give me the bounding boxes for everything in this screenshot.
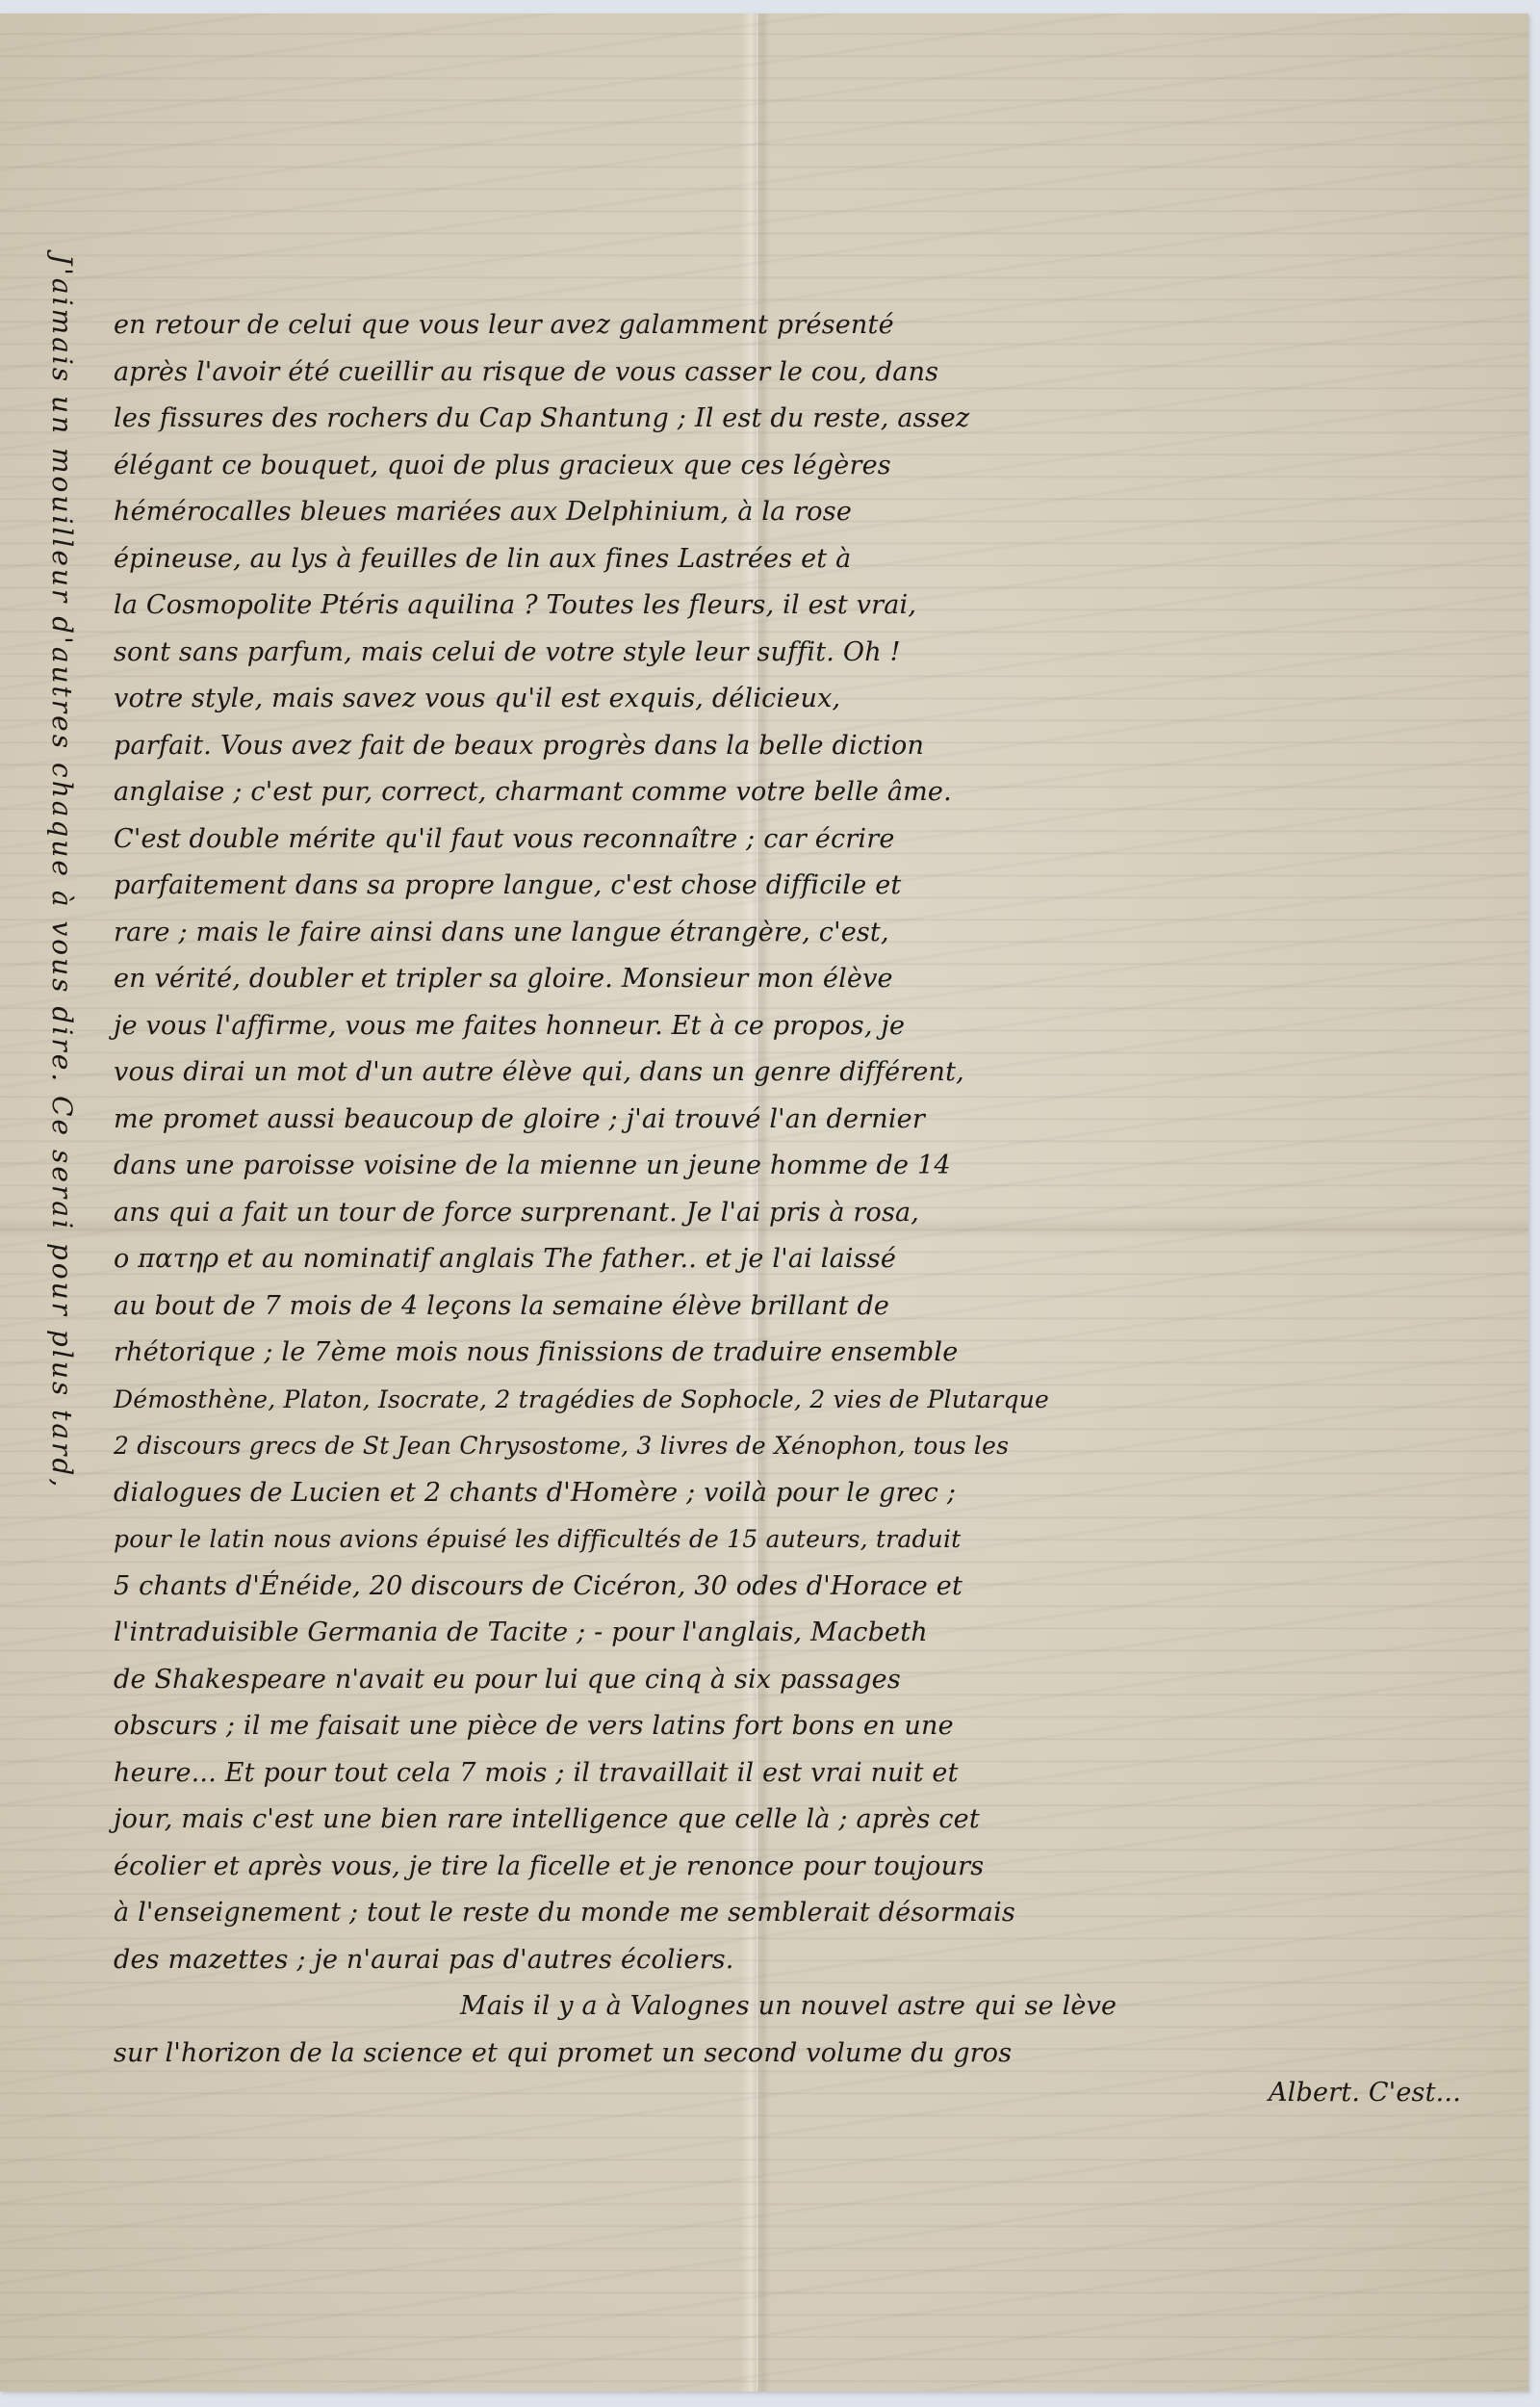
letter-signoff: Albert. C'est...	[114, 2077, 1500, 2109]
letter-line: C'est double mérite qu'il faut vous reco…	[114, 816, 1500, 864]
letter-line: me promet aussi beaucoup de gloire ; j'a…	[114, 1097, 1500, 1144]
letter-line: des mazettes ; je n'aurai pas d'autres é…	[114, 1937, 1500, 1984]
letter-line: élégant ce bouquet, quoi de plus gracieu…	[114, 443, 1500, 490]
letter-line: parfait. Vous avez fait de beaux progrès…	[114, 723, 1500, 770]
letter-line: dans une paroisse voisine de la mienne u…	[114, 1143, 1500, 1190]
letter-line: à l'enseignement ; tout le reste du mond…	[114, 1890, 1500, 1937]
letter-line: épineuse, au lys à feuilles de lin aux f…	[114, 536, 1500, 583]
letter-line: après l'avoir été cueillir au risque de …	[114, 349, 1500, 397]
letter-line: heure... Et pour tout cela 7 mois ; il t…	[114, 1750, 1500, 1798]
letter-line: écolier et après vous, je tire la ficell…	[114, 1844, 1500, 1891]
letter-line: sont sans parfum, mais celui de votre st…	[114, 630, 1500, 677]
letter-line: la Cosmopolite Ptéris aquilina ? Toutes …	[114, 582, 1500, 630]
letter-line: l'intraduisible Germania de Tacite ; - p…	[114, 1610, 1500, 1657]
letter-line: ans qui a fait un tour de force surprena…	[114, 1190, 1500, 1237]
letter-line: jour, mais c'est une bien rare intellige…	[114, 1797, 1500, 1844]
letter-line: rare ; mais le faire ainsi dans une lang…	[114, 910, 1500, 957]
letter-line: anglaise ; c'est pur, correct, charmant …	[114, 769, 1500, 816]
letter-line: Mais il y a à Valognes un nouvel astre q…	[114, 1983, 1500, 2031]
letter-line: dialogues de Lucien et 2 chants d'Homère…	[114, 1470, 1500, 1517]
letter-page: J'aimais un mouilleur d'autres chaque à …	[0, 13, 1528, 2392]
letter-line: obscurs ; il me faisait une pièce de ver…	[114, 1703, 1500, 1750]
letter-line: de Shakespeare n'avait eu pour lui que c…	[114, 1657, 1500, 1704]
letter-line: au bout de 7 mois de 4 leçons la semaine…	[114, 1283, 1500, 1331]
letter-line: 2 discours grecs de St Jean Chrysostome,…	[114, 1423, 1500, 1470]
letter-body: en retour de celui que vous leur avez ga…	[114, 302, 1500, 2109]
letter-line: pour le latin nous avions épuisé les dif…	[114, 1516, 1500, 1564]
letter-line: en vérité, doubler et tripler sa gloire.…	[114, 956, 1500, 1003]
margin-note-vertical: J'aimais un mouilleur d'autres chaque à …	[33, 254, 90, 2401]
letter-line: 5 chants d'Énéide, 20 discours de Cicéro…	[114, 1564, 1500, 1611]
letter-line: parfaitement dans sa propre langue, c'es…	[114, 863, 1500, 910]
letter-line: je vous l'affirme, vous me faites honneu…	[114, 1003, 1500, 1050]
letter-line: rhétorique ; le 7ème mois nous finission…	[114, 1330, 1500, 1377]
letter-line: ο πατηρ et au nominatif anglais The fath…	[114, 1236, 1500, 1283]
letter-line: en retour de celui que vous leur avez ga…	[114, 302, 1500, 349]
letter-line: vous dirai un mot d'un autre élève qui, …	[114, 1049, 1500, 1097]
letter-line: Démosthène, Platon, Isocrate, 2 tragédie…	[114, 1377, 1500, 1424]
letter-line: les fissures des rochers du Cap Shantung…	[114, 396, 1500, 443]
letter-line: sur l'horizon de la science et qui prome…	[114, 2031, 1500, 2078]
letter-line: votre style, mais savez vous qu'il est e…	[114, 676, 1500, 723]
letter-line: hémérocalles bleues mariées aux Delphini…	[114, 489, 1500, 536]
